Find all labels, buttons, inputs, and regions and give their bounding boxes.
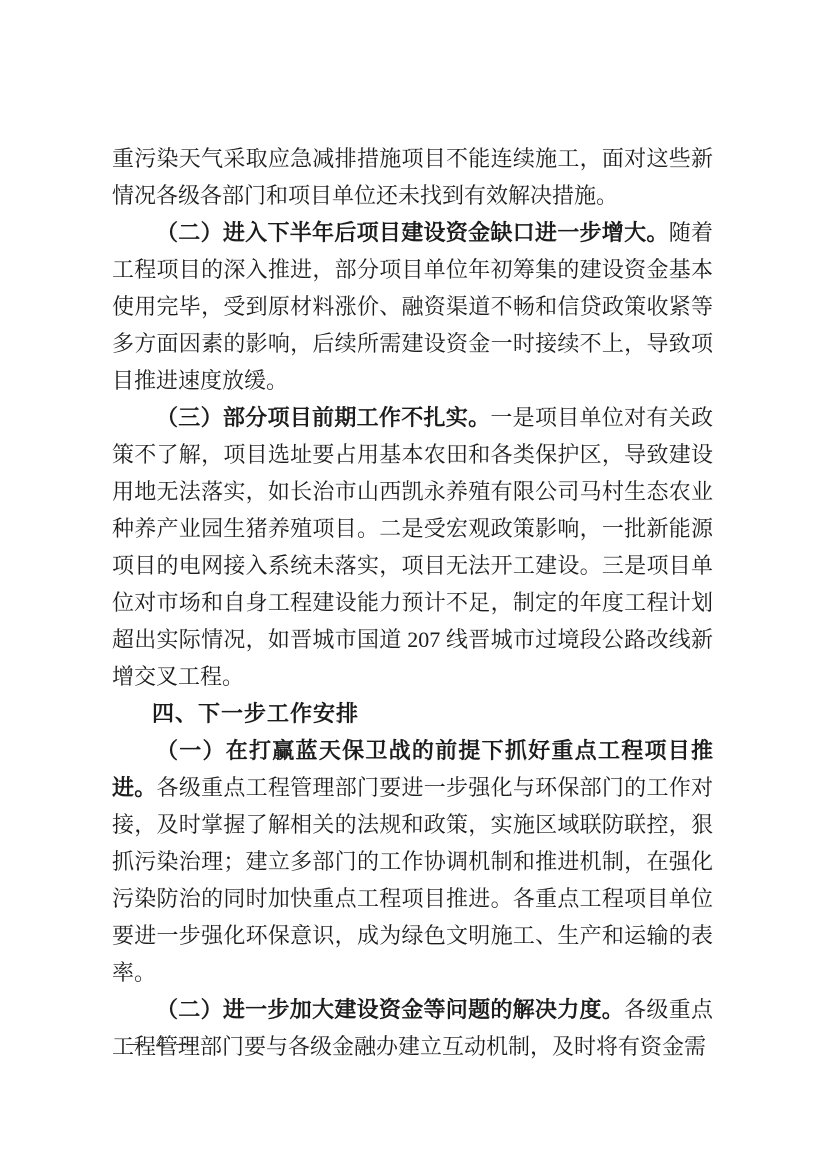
paragraph-continuation: 重污染天气采取应急减排措施项目不能连续施工，面对这些新情况各级各部门和项目单位还… <box>112 140 713 214</box>
paragraph-lead: （二）进一步加大建设资金等问题的解决力度。 <box>156 997 624 1022</box>
paragraph-text: 各级重点工程管理部门要进一步强化与环保部门的工作对接，及时掌握了解相关的法规和政… <box>112 775 713 985</box>
paragraph-item-2-next: （二）进一步加大建设资金等问题的解决力度。各级重点工程管理部门要与各级金融办建立… <box>112 991 713 1065</box>
paragraph-lead: （三）部分项目前期工作不扎实。 <box>156 405 490 430</box>
paragraph-text: 一是项目单位对有关政策不了解，项目选址要占用基本农田和各类保护区，导致建设用地无… <box>112 405 713 689</box>
document-body: 重污染天气采取应急减排措施项目不能连续施工，面对这些新情况各级各部门和项目单位还… <box>112 140 713 1065</box>
paragraph-item-1-next: （一）在打赢蓝天保卫战的前提下抓好重点工程项目推进。各级重点工程管理部门要进一步… <box>112 732 713 991</box>
paragraph-text: 重污染天气采取应急减排措施项目不能连续施工，面对这些新情况各级各部门和项目单位还… <box>112 146 713 208</box>
document-page: 重污染天气采取应急减排措施项目不能连续施工，面对这些新情况各级各部门和项目单位还… <box>0 0 827 1169</box>
section-heading: 四、下一步工作安排 <box>112 695 713 732</box>
section-heading-text: 四、下一步工作安排 <box>152 701 359 726</box>
page-number: — 4 — <box>126 1032 198 1056</box>
paragraph-text: 随着工程项目的深入推进，部分项目单位年初筹集的建设资金基本使用完毕，受到原材料涨… <box>112 220 713 393</box>
paragraph-item-2: （二）进入下半年后项目建设资金缺口进一步增大。随着工程项目的深入推进，部分项目单… <box>112 214 713 399</box>
paragraph-lead: （二）进入下半年后项目建设资金缺口进一步增大。 <box>156 220 669 245</box>
paragraph-item-3: （三）部分项目前期工作不扎实。一是项目单位对有关政策不了解，项目选址要占用基本农… <box>112 399 713 695</box>
